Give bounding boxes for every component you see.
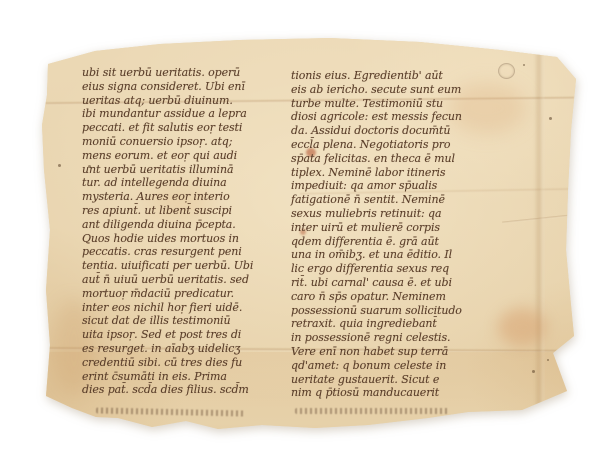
parchment-speck	[547, 359, 549, 361]
manuscript-line: sexus muliebris retinuit: qa	[291, 207, 471, 221]
stain-bottom-right	[498, 308, 546, 346]
manuscript-line: Quos hodie uides mortuos in	[82, 232, 262, 246]
manuscript-line: possessionū suarum sollicitudo	[291, 304, 471, 318]
manuscript-line: impediuit: qa amor sp̄ualis	[291, 179, 471, 193]
manuscript-line: inter eos nichil hoṛ fieri uidē.	[82, 301, 262, 315]
page-background: ubi sit uerbū ueritatis. operūeius signa…	[0, 0, 616, 461]
manuscript-line: tiplex. Neminē labor itineris	[291, 166, 471, 180]
parchment-speck	[549, 117, 552, 120]
manuscript-line: dies pat̄. scd̄a dies filius. scd̄m	[82, 383, 262, 397]
manuscript-line: qd'amet: q bonum celeste in	[291, 359, 471, 373]
manuscript-line: mens eorum. et eoṛ qui audi	[82, 149, 262, 163]
manuscript-line: tentia. uiuificati per uerbū. Ubi	[82, 259, 262, 273]
manuscript-line: es resurget. in aīabʒ uidelicʒ	[82, 342, 262, 356]
manuscript-line: tionis eius. Egredientib' aūt	[291, 69, 471, 83]
parchment-speck	[523, 64, 525, 66]
manuscript-leaf-wrap: ubi sit uerbū ueritatis. operūeius signa…	[0, 0, 616, 461]
manuscript-line: peccatis. cras resurgent peni	[82, 245, 262, 259]
parchment-speck	[532, 370, 535, 373]
manuscript-line: turbe multe. Testimoniū stu	[291, 97, 471, 111]
manuscript-line: inter uirū et mulierē corpis	[291, 221, 471, 235]
manuscript-line: ueritate gustauerit. Sicut e	[291, 373, 471, 387]
scratch-line	[502, 214, 572, 223]
manuscript-line: lic ergo differentia sexus req	[291, 262, 471, 276]
manuscript-line: diosi agricole: est messis fecun	[291, 110, 471, 124]
manuscript-line: nim q p̄tiosū manducauerit	[291, 386, 471, 400]
manuscript-line: fatigationē n̄ sentit. Neminē	[291, 193, 471, 207]
manuscript-line: moniū conuersio ipsoṛ. atq;	[82, 135, 262, 149]
manuscript-line: erint c̄sumāti in eis. Prima	[82, 370, 262, 384]
manuscript-line: uita ipsoṛ. Sed et post tres di	[82, 328, 262, 342]
manuscript-line: credentiū sibi. cū tres dies fu	[82, 356, 262, 370]
manuscript-line: caro n̄ sp̄s opatur. Neminem	[291, 290, 471, 304]
manuscript-line: eccl̄a plena. Negotiatoris pro	[291, 138, 471, 152]
manuscript-line: unt uerbū ueritatis illuminā	[82, 163, 262, 177]
manuscript-line: ueritas atq; uerbū diuinum.	[82, 94, 262, 108]
circular-collector-mark-icon	[498, 63, 515, 79]
manuscript-leaf: ubi sit uerbū ueritatis. operūeius signa…	[0, 0, 616, 461]
manuscript-line: eis ab iericho. secute sunt eum	[291, 83, 471, 97]
manuscript-line: una in om̄ibʒ. et una ēditio. Il	[291, 248, 471, 262]
manuscript-line: qdem differentia ē. grā aūt	[291, 235, 471, 249]
manuscript-line: eius signa consideret. Ubi enī	[82, 80, 262, 94]
manuscript-line: sicut dat de illis testimoniū	[82, 314, 262, 328]
manuscript-line: sp̄ata felicitas. en theca ē mul	[291, 152, 471, 166]
manuscript-line: in possessionē regni celestis.	[291, 331, 471, 345]
text-column-right: tionis eius. Egredientib' aūteis ab ieri…	[291, 69, 471, 400]
text-column-left: ubi sit uerbū ueritatis. operūeius signa…	[82, 66, 262, 397]
manuscript-line: Vere enī non habet sup terrā	[291, 345, 471, 359]
manuscript-line: res apiunt̄. ut libent̄ suscipi	[82, 204, 262, 218]
manuscript-line: ubi sit uerbū ueritatis. operū	[82, 66, 262, 80]
manuscript-line: ant diligenda diuina p̄cepta.	[82, 218, 262, 232]
manuscript-line: tur. ad intellegenda diuina	[82, 176, 262, 190]
manuscript-line: retraxit. quia ingrediebant̄	[291, 317, 471, 331]
parchment-speck	[58, 164, 61, 167]
torn-line-remnant-right	[295, 408, 450, 414]
manuscript-line: aut̄ n̄ uiuū uerbū ueritatis. sed	[82, 273, 262, 287]
manuscript-line: mortuoṛ m̄daciū predicatur.	[82, 287, 262, 301]
manuscript-line: peccati. et fit salutis eoṛ testi	[82, 121, 262, 135]
manuscript-line: da. Assidui doctoris docum̄tū	[291, 124, 471, 138]
manuscript-line: rit̄. ubi carnal' causa ē. et ubi	[291, 276, 471, 290]
manuscript-line: mysteria. Aures eoṛ interio	[82, 190, 262, 204]
manuscript-line: ibi mundantur assidue a lepra	[82, 107, 262, 121]
